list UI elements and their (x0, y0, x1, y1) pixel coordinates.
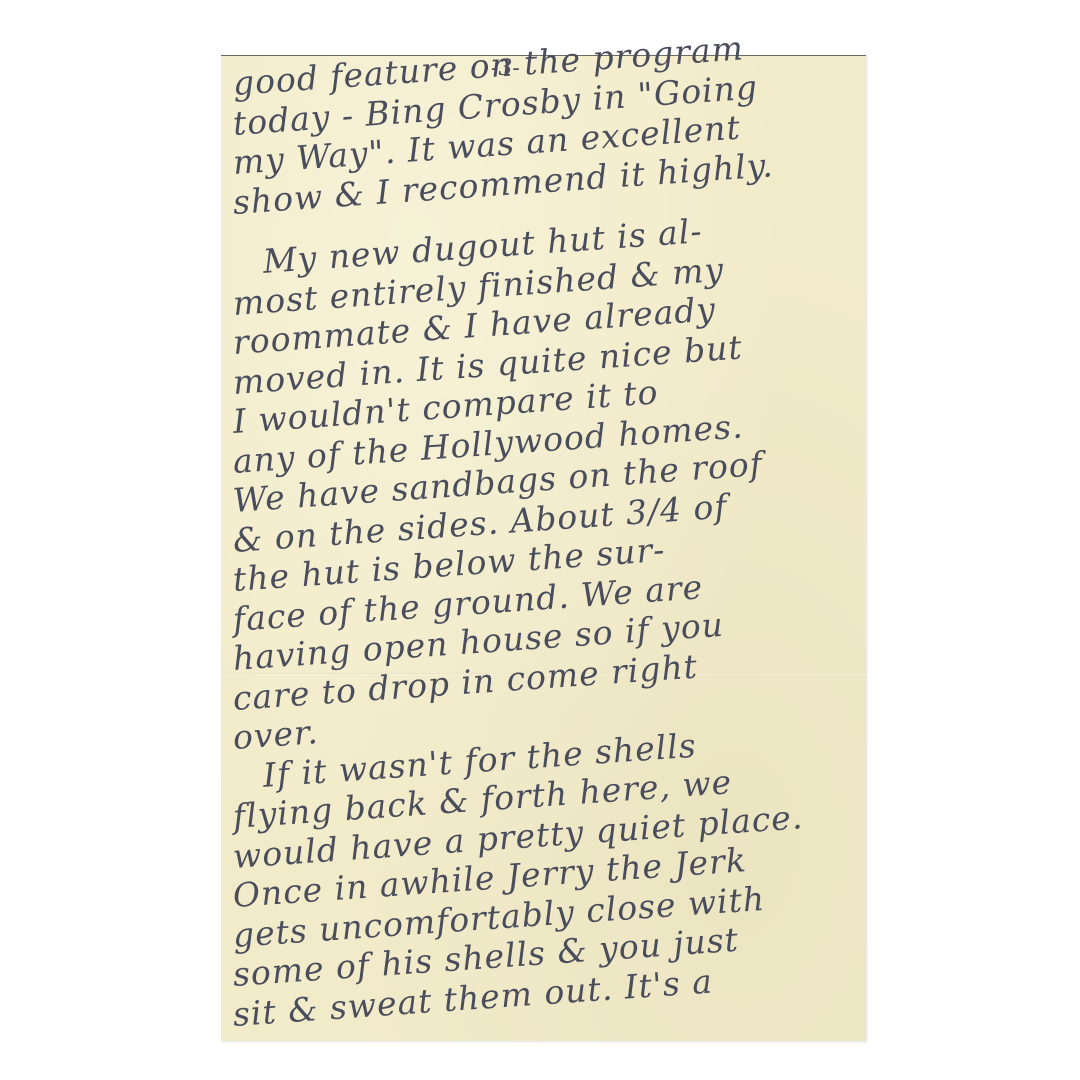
letter-page: -3- good feature on the program today - … (221, 55, 866, 1041)
paragraph-2: My new dugout hut is al- most entirely f… (233, 244, 858, 758)
letter-body: good feature on the program today - Bing… (233, 64, 858, 1034)
paragraph-1: good feature on the program today - Bing… (233, 64, 858, 222)
paragraph-3: If it wasn't for the shells flying back … (233, 758, 858, 1035)
